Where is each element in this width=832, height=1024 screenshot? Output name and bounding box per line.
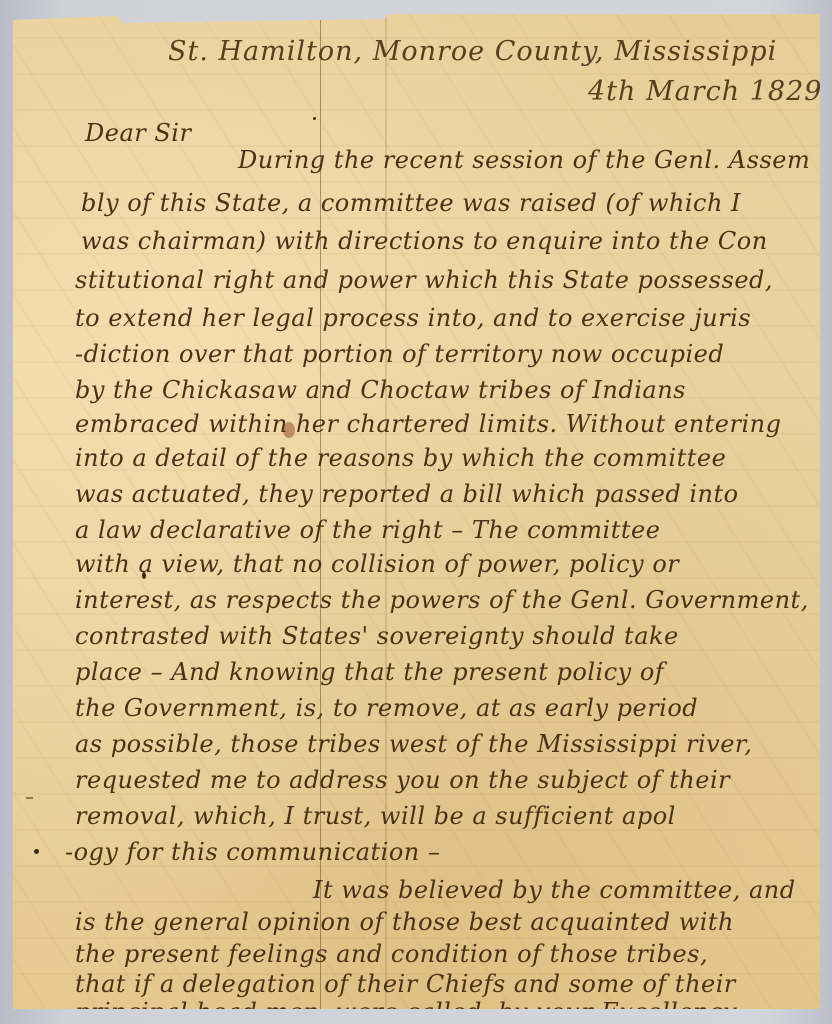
- body-line: It was believed by the committee, and: [313, 876, 796, 904]
- body-line: as possible, those tribes west of the Mi…: [75, 730, 752, 758]
- body-line: by the Chickasaw and Choctaw tribes of I…: [75, 376, 686, 404]
- body-line: interest, as respects the powers of the …: [75, 586, 809, 614]
- body-line: contrasted with States' sovereignty shou…: [75, 622, 679, 650]
- body-line: -ogy for this communication –: [65, 838, 440, 866]
- letter-date: 4th March 1829: [588, 76, 822, 107]
- body-line: -diction over that portion of territory …: [75, 340, 724, 368]
- body-line: place – And knowing that the present pol…: [75, 658, 664, 686]
- ink-blot: [34, 849, 39, 854]
- body-line: During the recent session of the Genl. A…: [238, 146, 810, 174]
- ink-blot: [313, 117, 316, 120]
- body-line: is the general opinion of those best acq…: [75, 908, 734, 936]
- body-line: removal, which, I trust, will be a suffi…: [75, 802, 676, 830]
- body-line: was actuated, they reported a bill which…: [75, 480, 739, 508]
- body-line: was chairman) with directions to enquire…: [81, 227, 768, 255]
- body-line: that if a delegation of their Chiefs and…: [75, 970, 736, 998]
- body-line: bly of this State, a committee was raise…: [81, 189, 741, 217]
- salutation: Dear Sir: [85, 119, 191, 147]
- body-line: the present feelings and condition of th…: [75, 940, 708, 968]
- letter-page: St. Hamilton, Monroe County, Mississippi…: [13, 14, 820, 1009]
- body-line: a law declarative of the right – The com…: [75, 516, 660, 544]
- body-line: into a detail of the reasons by which th…: [75, 444, 726, 472]
- letter-place: St. Hamilton, Monroe County, Mississippi: [168, 36, 777, 67]
- body-line: with a view, that no collision of power,…: [75, 550, 679, 578]
- margin-mark: [26, 797, 33, 799]
- body-line: requested me to address you on the subje…: [75, 766, 730, 794]
- body-line: embraced within her chartered limits. Wi…: [75, 410, 781, 438]
- body-line: to extend her legal process into, and to…: [75, 304, 751, 332]
- body-line: the Government, is, to remove, at as ear…: [75, 694, 698, 722]
- body-line: stitutional right and power which this S…: [75, 266, 773, 294]
